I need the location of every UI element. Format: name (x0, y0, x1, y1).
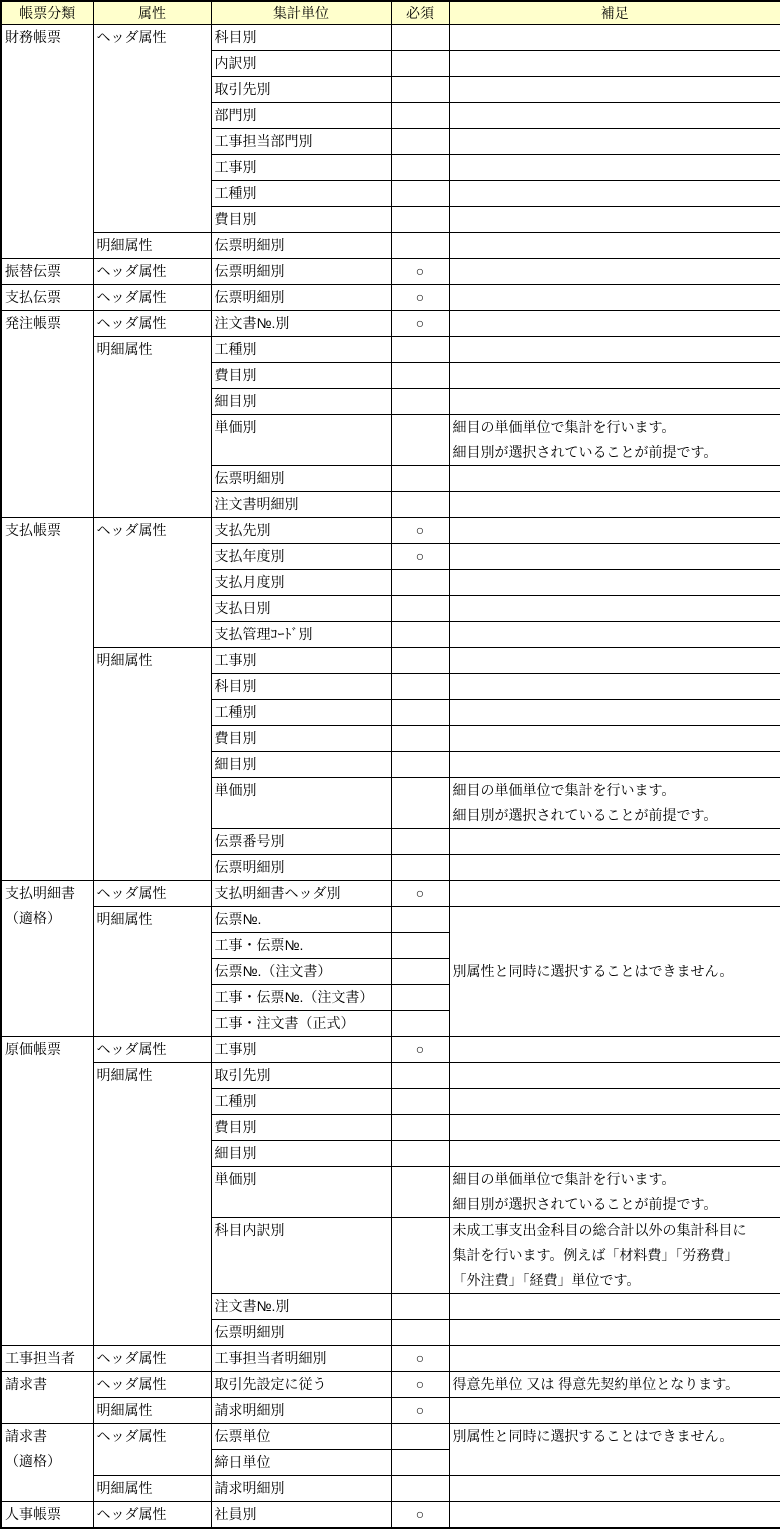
cell-unit: 支払年度別 (211, 544, 391, 570)
cell-unit: 伝票№. (211, 907, 391, 933)
cell-note (449, 233, 780, 259)
cell-attr: ヘッダ属性 (93, 1346, 211, 1372)
cell-unit: 工事・注文書（正式） (211, 1011, 391, 1037)
aggregation-unit-table: 帳票分類 属性 集計単位 必須 補足 財務帳票ヘッダ属性科目別内訳別取引先別部門… (0, 0, 780, 1529)
cell-req (391, 1141, 449, 1167)
cell-attr: ヘッダ属性 (93, 1372, 211, 1398)
cell-note (449, 129, 780, 155)
cell-unit: 注文書№.別 (211, 1294, 391, 1320)
cell-unit: 注文書№.別 (211, 311, 391, 337)
table-row: 支払帳票ヘッダ属性支払先別○ (1, 518, 780, 544)
cell-req (391, 1089, 449, 1115)
cell-unit: 支払月度別 (211, 570, 391, 596)
cell-req: ○ (391, 259, 449, 285)
cell-unit: 請求明細別 (211, 1476, 391, 1502)
cell-note (449, 1089, 780, 1115)
cell-attr: ヘッダ属性 (93, 1502, 211, 1529)
cell-unit: 単価別 (211, 1167, 391, 1218)
cell-req (391, 77, 449, 103)
cell-req (391, 466, 449, 492)
table-row: 工事担当者ヘッダ属性工事担当者明細別○ (1, 1346, 780, 1372)
cell-attr: 明細属性 (93, 1476, 211, 1502)
cell-class: 請求書（適格） (1, 1424, 93, 1502)
cell-req (391, 1294, 449, 1320)
cell-unit: 社員別 (211, 1502, 391, 1529)
cell-unit: 伝票単位 (211, 1424, 391, 1450)
cell-attr: 明細属性 (93, 1063, 211, 1346)
cell-note (449, 466, 780, 492)
cell-note (449, 1294, 780, 1320)
cell-req (391, 1476, 449, 1502)
table-row: 明細属性工種別 (1, 337, 780, 363)
cell-unit: 単価別 (211, 778, 391, 829)
cell-req (391, 1115, 449, 1141)
cell-note (449, 337, 780, 363)
cell-note (449, 259, 780, 285)
cell-req: ○ (391, 1037, 449, 1063)
cell-unit: 伝票№.（注文書） (211, 959, 391, 985)
cell-unit: 支払先別 (211, 518, 391, 544)
table-row: 原価帳票ヘッダ属性工事別○ (1, 1037, 780, 1063)
cell-class: 工事担当者 (1, 1346, 93, 1372)
cell-req (391, 1424, 449, 1450)
cell-req (391, 1167, 449, 1218)
cell-class: 支払伝票 (1, 285, 93, 311)
cell-note (449, 1346, 780, 1372)
cell-unit: 工種別 (211, 700, 391, 726)
cell-class: 財務帳票 (1, 25, 93, 259)
cell-req (391, 1063, 449, 1089)
cell-unit: 科目別 (211, 25, 391, 51)
cell-note (449, 570, 780, 596)
cell-req (391, 363, 449, 389)
cell-req (391, 492, 449, 518)
table-header-row: 帳票分類 属性 集計単位 必須 補足 (1, 1, 780, 25)
cell-note (449, 1037, 780, 1063)
cell-unit: 工事別 (211, 648, 391, 674)
cell-unit: 工事別 (211, 1037, 391, 1063)
cell-unit: 取引先別 (211, 77, 391, 103)
cell-unit: 細目別 (211, 389, 391, 415)
cell-unit: 科目別 (211, 674, 391, 700)
cell-note (449, 674, 780, 700)
cell-req: ○ (391, 518, 449, 544)
cell-unit: 費目別 (211, 207, 391, 233)
cell-req (391, 129, 449, 155)
cell-note (449, 51, 780, 77)
cell-attr: ヘッダ属性 (93, 1424, 211, 1476)
cell-note (449, 1320, 780, 1346)
cell-attr: 明細属性 (93, 648, 211, 881)
cell-note (449, 518, 780, 544)
cell-unit: 工事・伝票№.（注文書） (211, 985, 391, 1011)
cell-req (391, 25, 449, 51)
cell-note (449, 207, 780, 233)
cell-unit: 締日単位 (211, 1450, 391, 1476)
cell-class: 支払帳票 (1, 518, 93, 881)
cell-unit: 単価別 (211, 415, 391, 466)
cell-unit: 請求明細別 (211, 1398, 391, 1424)
cell-note (449, 1141, 780, 1167)
cell-req (391, 1011, 449, 1037)
cell-unit: 支払日別 (211, 596, 391, 622)
table-row: 明細属性伝票№.別属性と同時に選択することはできません。 (1, 907, 780, 933)
cell-req (391, 933, 449, 959)
cell-unit: 伝票明細別 (211, 855, 391, 881)
cell-req: ○ (391, 311, 449, 337)
cell-unit: 支払明細書ヘッダ別 (211, 881, 391, 907)
table-row: 明細属性工事別 (1, 648, 780, 674)
cell-note (449, 389, 780, 415)
cell-req (391, 155, 449, 181)
table-row: 財務帳票ヘッダ属性科目別 (1, 25, 780, 51)
table-row: 人事帳票ヘッダ属性社員別○ (1, 1502, 780, 1529)
cell-attr: ヘッダ属性 (93, 311, 211, 337)
cell-note (449, 77, 780, 103)
table-row: 明細属性請求明細別○ (1, 1398, 780, 1424)
table-row: 振替伝票ヘッダ属性伝票明細別○ (1, 259, 780, 285)
cell-unit: 細目別 (211, 752, 391, 778)
cell-note (449, 855, 780, 881)
cell-req: ○ (391, 1372, 449, 1398)
cell-class: 人事帳票 (1, 1502, 93, 1529)
cell-unit: 内訳別 (211, 51, 391, 77)
cell-req: ○ (391, 285, 449, 311)
column-header-required: 必須 (391, 1, 449, 25)
cell-attr: ヘッダ属性 (93, 259, 211, 285)
cell-attr: ヘッダ属性 (93, 1037, 211, 1063)
cell-note (449, 596, 780, 622)
cell-req (391, 570, 449, 596)
column-header-unit: 集計単位 (211, 1, 391, 25)
cell-note (449, 285, 780, 311)
cell-note (449, 103, 780, 129)
cell-attr: ヘッダ属性 (93, 881, 211, 907)
cell-unit: 工種別 (211, 337, 391, 363)
cell-req (391, 985, 449, 1011)
cell-unit: 費目別 (211, 1115, 391, 1141)
column-header-note: 補足 (449, 1, 780, 25)
cell-unit: 伝票明細別 (211, 466, 391, 492)
cell-note (449, 181, 780, 207)
cell-class: 支払明細書（適格） (1, 881, 93, 1037)
cell-note: 細目の単価単位で集計を行います。細目別が選択されていることが前提です。 (449, 415, 780, 466)
cell-req (391, 233, 449, 259)
cell-req: ○ (391, 544, 449, 570)
cell-note: 細目の単価単位で集計を行います。細目別が選択されていることが前提です。 (449, 1167, 780, 1218)
cell-req (391, 1450, 449, 1476)
cell-attr: 明細属性 (93, 233, 211, 259)
cell-req (391, 622, 449, 648)
table-row: 発注帳票ヘッダ属性注文書№.別○ (1, 311, 780, 337)
cell-unit: 伝票明細別 (211, 285, 391, 311)
cell-note (449, 1398, 780, 1424)
cell-req (391, 648, 449, 674)
cell-req (391, 1218, 449, 1294)
cell-note (449, 544, 780, 570)
cell-req (391, 389, 449, 415)
cell-attr: ヘッダ属性 (93, 285, 211, 311)
cell-note: 別属性と同時に選択することはできません。 (449, 1424, 780, 1476)
table-row: 明細属性伝票明細別 (1, 233, 780, 259)
cell-class: 原価帳票 (1, 1037, 93, 1346)
cell-note: 未成工事支出金科目の総合計以外の集計科目に集計を行います。例えば「材料費」「労務… (449, 1218, 780, 1294)
cell-unit: 伝票明細別 (211, 259, 391, 285)
cell-note (449, 363, 780, 389)
cell-note (449, 1502, 780, 1529)
column-header-attr: 属性 (93, 1, 211, 25)
cell-unit: 取引先設定に従う (211, 1372, 391, 1398)
cell-req (391, 700, 449, 726)
cell-note (449, 726, 780, 752)
cell-req: ○ (391, 881, 449, 907)
cell-req (391, 907, 449, 933)
cell-unit: 工種別 (211, 181, 391, 207)
cell-attr: 明細属性 (93, 907, 211, 1037)
cell-note (449, 492, 780, 518)
cell-note (449, 25, 780, 51)
cell-note (449, 1476, 780, 1502)
cell-req (391, 103, 449, 129)
cell-unit: 工種別 (211, 1089, 391, 1115)
cell-unit: 注文書明細別 (211, 492, 391, 518)
table-row: 請求書ヘッダ属性取引先設定に従う○得意先単位 又は 得意先契約単位となります。 (1, 1372, 780, 1398)
cell-note (449, 1063, 780, 1089)
cell-req (391, 415, 449, 466)
cell-req (391, 726, 449, 752)
cell-note (449, 700, 780, 726)
cell-unit: 部門別 (211, 103, 391, 129)
cell-req (391, 181, 449, 207)
cell-req: ○ (391, 1398, 449, 1424)
table-body: 財務帳票ヘッダ属性科目別内訳別取引先別部門別工事担当部門別工事別工種別費目別明細… (1, 25, 780, 1529)
cell-class: 請求書 (1, 1372, 93, 1424)
cell-req (391, 596, 449, 622)
cell-attr: ヘッダ属性 (93, 25, 211, 233)
cell-unit: 費目別 (211, 726, 391, 752)
cell-req (391, 752, 449, 778)
cell-note: 得意先単位 又は 得意先契約単位となります。 (449, 1372, 780, 1398)
cell-unit: 工事・伝票№. (211, 933, 391, 959)
cell-unit: 科目内訳別 (211, 1218, 391, 1294)
table-row: 明細属性取引先別 (1, 1063, 780, 1089)
table-row: 支払明細書（適格）ヘッダ属性支払明細書ヘッダ別○ (1, 881, 780, 907)
cell-unit: 取引先別 (211, 1063, 391, 1089)
cell-attr: 明細属性 (93, 1398, 211, 1424)
cell-req: ○ (391, 1346, 449, 1372)
cell-unit: 細目別 (211, 1141, 391, 1167)
cell-req (391, 51, 449, 77)
cell-req (391, 959, 449, 985)
cell-req (391, 337, 449, 363)
cell-unit: 伝票明細別 (211, 233, 391, 259)
cell-note: 別属性と同時に選択することはできません。 (449, 907, 780, 1037)
cell-unit: 工事担当部門別 (211, 129, 391, 155)
cell-note (449, 311, 780, 337)
cell-unit: 工事別 (211, 155, 391, 181)
cell-attr: ヘッダ属性 (93, 518, 211, 648)
cell-req: ○ (391, 1502, 449, 1529)
cell-req (391, 778, 449, 829)
cell-req (391, 674, 449, 700)
cell-note (449, 622, 780, 648)
cell-class: 振替伝票 (1, 259, 93, 285)
cell-note (449, 881, 780, 907)
cell-unit: 伝票番号別 (211, 829, 391, 855)
cell-note (449, 155, 780, 181)
table-row: 請求書（適格）ヘッダ属性伝票単位別属性と同時に選択することはできません。 (1, 1424, 780, 1450)
cell-req (391, 829, 449, 855)
cell-note: 細目の単価単位で集計を行います。細目別が選択されていることが前提です。 (449, 778, 780, 829)
cell-req (391, 207, 449, 233)
cell-unit: 工事担当者明細別 (211, 1346, 391, 1372)
cell-attr: 明細属性 (93, 337, 211, 518)
cell-note (449, 648, 780, 674)
cell-req (391, 855, 449, 881)
cell-note (449, 829, 780, 855)
table-row: 支払伝票ヘッダ属性伝票明細別○ (1, 285, 780, 311)
cell-unit: 費目別 (211, 363, 391, 389)
cell-note (449, 752, 780, 778)
cell-req (391, 1320, 449, 1346)
cell-unit: 伝票明細別 (211, 1320, 391, 1346)
column-header-class: 帳票分類 (1, 1, 93, 25)
cell-unit: 支払管理ｺｰﾄﾞ別 (211, 622, 391, 648)
cell-class: 発注帳票 (1, 311, 93, 518)
table-row: 明細属性請求明細別 (1, 1476, 780, 1502)
cell-note (449, 1115, 780, 1141)
